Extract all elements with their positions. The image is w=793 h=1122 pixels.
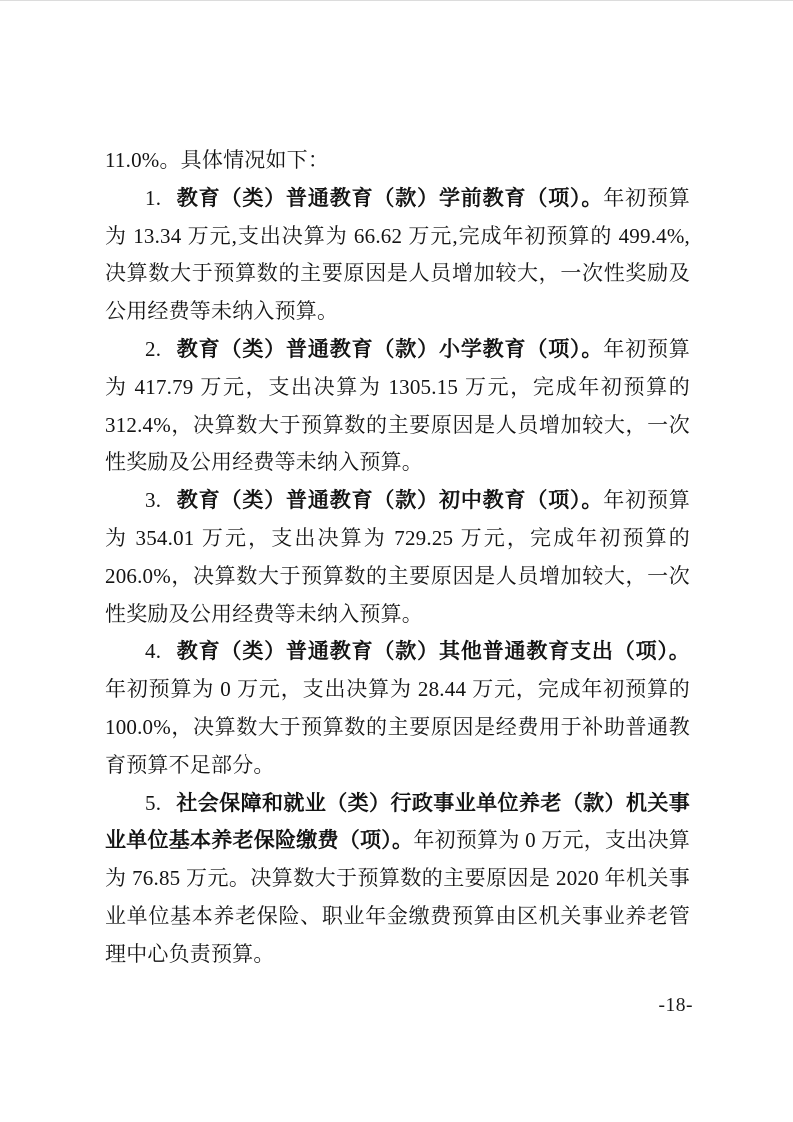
item-3-number: 3. (145, 488, 161, 512)
intro-text: 11.0%。具体情况如下： (105, 148, 329, 172)
page-number: -18- (659, 995, 694, 1017)
budget-item-2: 2.教育（类）普通教育（款）小学教育（项）。年初预算为 417.79 万元，支出… (105, 331, 690, 482)
document-page: { "page": { "footer_page_number": "-18-"… (0, 0, 793, 1122)
item-2-title: 教育（类）普通教育（款）小学教育（项）。 (176, 337, 603, 361)
budget-item-5: 5.社会保障和就业（类）行政事业单位养老（款）机关事业单位基本养老保险缴费（项）… (105, 785, 690, 974)
item-5-number: 5. (145, 791, 161, 815)
item-2-number: 2. (145, 337, 161, 361)
item-4-title: 教育（类）普通教育（款）其他普通教育支出（项）。 (176, 639, 690, 663)
item-4-body: 年初预算为 0 万元，支出决算为 28.44 万元，完成年初预算的 100.0%… (105, 677, 690, 777)
budget-item-1: 1.教育（类）普通教育（款）学前教育（项）。年初预算为 13.34 万元,支出决… (105, 180, 690, 331)
document-text-block: 11.0%。具体情况如下： 1.教育（类）普通教育（款）学前教育（项）。年初预算… (105, 142, 690, 974)
item-1-title: 教育（类）普通教育（款）学前教育（项）。 (176, 186, 603, 210)
budget-item-4: 4.教育（类）普通教育（款）其他普通教育支出（项）。年初预算为 0 万元，支出决… (105, 633, 690, 784)
item-4-number: 4. (145, 639, 161, 663)
budget-item-3: 3.教育（类）普通教育（款）初中教育（项）。年初预算为 354.01 万元，支出… (105, 482, 690, 633)
item-1-number: 1. (145, 186, 161, 210)
item-3-title: 教育（类）普通教育（款）初中教育（项）。 (176, 488, 603, 512)
intro-paragraph: 11.0%。具体情况如下： (105, 142, 690, 180)
